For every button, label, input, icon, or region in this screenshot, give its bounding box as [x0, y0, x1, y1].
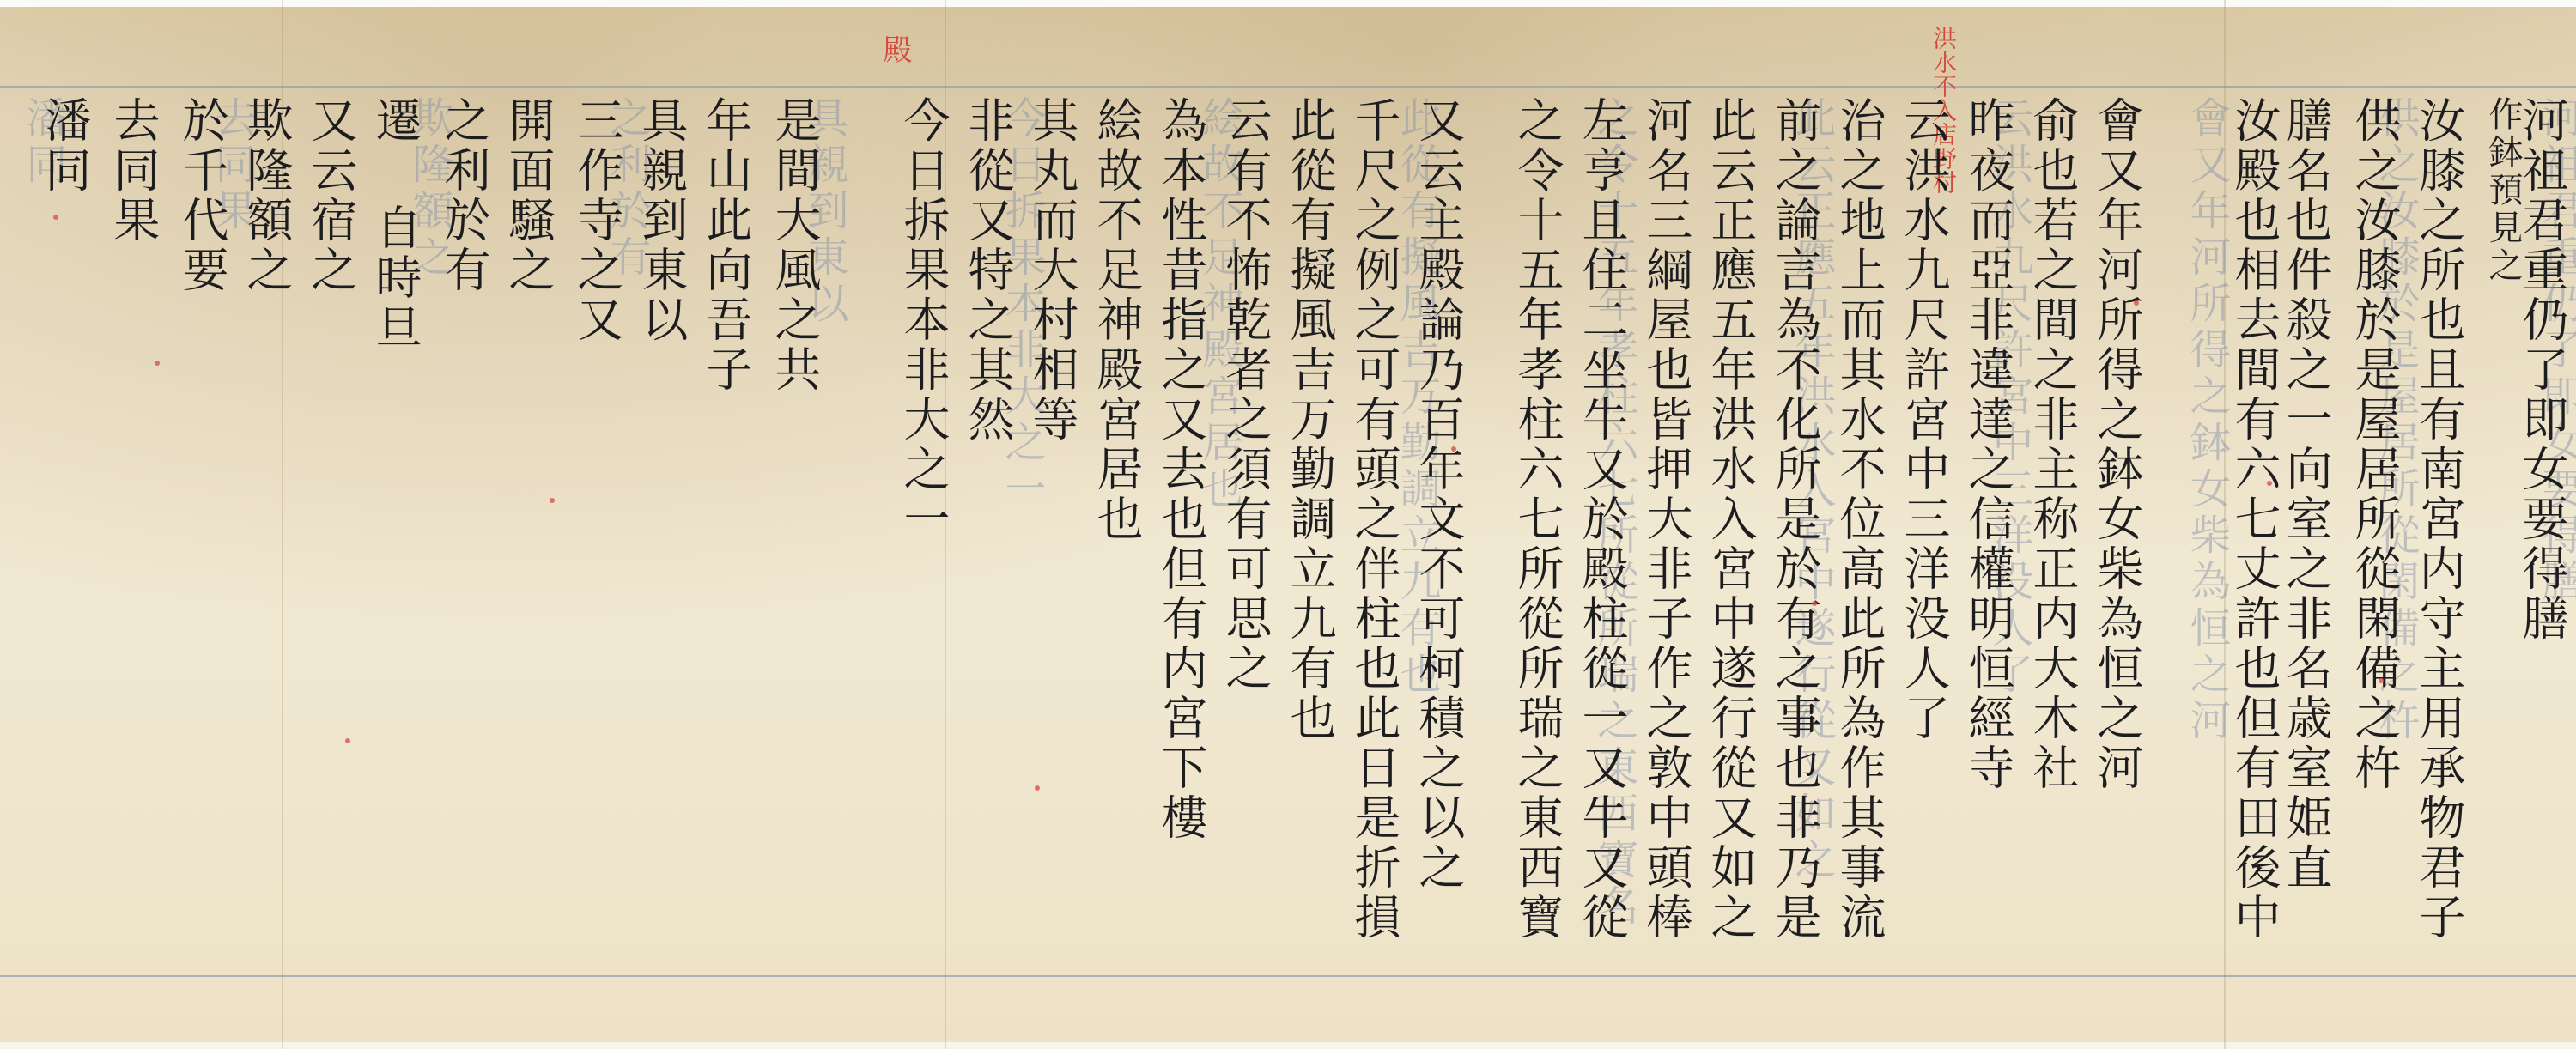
- text-column-16: 之令十五年孝柱六七所從所瑞之東西寶名: [1507, 96, 1567, 972]
- top-ruled-line: [0, 86, 2576, 88]
- red-mark: [155, 361, 160, 366]
- red-mark: [2379, 678, 2384, 683]
- text-column-33: 又云宿之: [301, 96, 361, 972]
- top-border: [0, 0, 2576, 7]
- text-column-30: 開面騒之: [498, 96, 558, 972]
- text-column-26: 是間大風之共: [764, 96, 824, 972]
- text-column-22: 絵故不足神殿宮居也: [1086, 96, 1146, 972]
- red-mark: [53, 215, 58, 220]
- text-column-8: 俞也若之間之非主称正内大木社: [2022, 96, 2082, 972]
- red-mark: [1451, 446, 1456, 452]
- red-mark: [2267, 481, 2272, 486]
- text-column-3: 汝膝之所也且有南宮内守主用承物君子佳膳: [2409, 96, 2469, 972]
- text-column-11: 治之地上而其水不位高此所為作其事流去: [1829, 96, 1889, 972]
- text-column-25: 今日拆果本非大之一: [893, 96, 953, 972]
- text-column-10: 云洪水九尺許宮中三洋没人了: [1893, 96, 1953, 972]
- red-mark: [1812, 601, 1817, 606]
- text-column-9: 昨夜而亞非違達之信權明恒經寺: [1958, 96, 2018, 972]
- text-column-35: 於千代要: [172, 96, 232, 972]
- text-column-27: 年山此向吾子: [696, 96, 756, 972]
- bottom-ruled-line: [0, 975, 2576, 977]
- text-column-13: 此云正應五年洪水入宮中遂行從又如之: [1700, 96, 1760, 972]
- text-column-6: 汝殿也相去間有六七丈許也但有田後中又宮: [2224, 96, 2284, 972]
- text-column-20: 云有不怖乾者之須有可思之: [1215, 96, 1275, 972]
- red-mark: [345, 738, 350, 743]
- manuscript-scroll: 殿 洪水不入店野村 河祖君重仍了即女要得膳 供之汝膝於是屋居所從閑備之杵 會又年…: [0, 0, 2576, 1049]
- text-column-21: 為本性昔指之又去也但有内宮下樓: [1151, 96, 1211, 972]
- text-column-24: 非從又特之其然: [957, 96, 1018, 972]
- text-column-15: 左亨且住二坐牛又於殿柱從一又牛又從: [1571, 96, 1631, 972]
- text-column-29: 三作寺之又: [567, 96, 627, 972]
- text-column-36: 去同果: [103, 96, 163, 972]
- text-column-7: 會又年河所得之鉢女柴為恒之河: [2087, 96, 2147, 972]
- bottom-border: [0, 1042, 2576, 1049]
- text-column-23: 其丸而大村相等: [1022, 96, 1082, 972]
- text-column-19: 此從有擬風吉万勤調立九有也: [1279, 96, 1340, 972]
- text-column-37: 潘同: [34, 96, 94, 972]
- text-columns: 河祖君重仍了即女要得膳 供之汝膝於是屋居所從閑備之杵 會又年河所得之鉢女柴為恒之…: [0, 96, 2576, 972]
- red-annotation-1: 殿: [874, 34, 916, 64]
- red-mark: [1035, 785, 1040, 791]
- text-column-14: 河名三綱屋也皆押大非子作之敦中頭棒柱二: [1636, 96, 1696, 972]
- text-column-17: 又云主殿論乃百年文不可柯積之以之: [1408, 96, 1468, 972]
- text-column-34: 欺隆額之: [236, 96, 296, 972]
- text-column-4: 供之汝膝於是屋居所從閑備之杵: [2344, 96, 2404, 972]
- text-column-5: 膳名也件殺之一向室之非名歳室姫直: [2275, 96, 2336, 972]
- text-column-18: 千尺之例之可有頭之伴柱也此日是折損: [1344, 96, 1404, 972]
- text-column-28: 具親到東以: [631, 96, 691, 972]
- red-mark: [2134, 300, 2139, 306]
- text-column-12: 前之論言為不化所是於有之事也非乃是新: [1765, 96, 1825, 972]
- text-column-32: 遷 自時旦: [365, 96, 425, 972]
- text-column-2: 作鉢預見之: [2473, 96, 2533, 972]
- text-column-31: 之利於有: [434, 96, 494, 972]
- red-mark: [550, 498, 555, 503]
